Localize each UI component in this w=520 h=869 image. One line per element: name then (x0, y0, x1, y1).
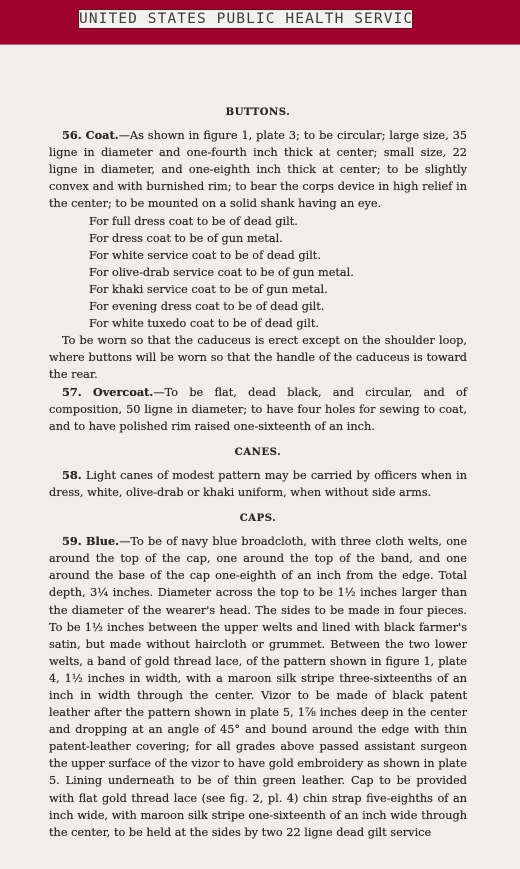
list-item: For white tuxedo coat to be of dead gilt… (89, 315, 467, 332)
paragraph-57: 57. Overcoat.—To be flat, dead black, an… (49, 384, 467, 435)
paragraph-number: 57. (62, 385, 82, 399)
paragraph-58: 58. Light canes of modest pattern may be… (49, 467, 467, 501)
paragraph-text: —To be of navy blue broadcloth, with thr… (49, 535, 467, 839)
list-item: For full dress coat to be of dead gilt. (89, 213, 467, 230)
document-page: BUTTONS. 56. Coat.—As shown in figure 1,… (49, 104, 467, 841)
paragraph-59: 59. Blue.—To be of navy blue broadcloth,… (49, 533, 467, 841)
paragraph-number: 58. (62, 468, 82, 482)
list-item: For olive-drab service coat to be of gun… (89, 264, 467, 281)
list-item: For dress coat to be of gun metal. (89, 230, 467, 247)
section-heading-buttons: BUTTONS. (49, 104, 467, 121)
list-item: For khaki service coat to be of gun meta… (89, 281, 467, 298)
spacer (49, 435, 467, 444)
page-title-banner: UNITED STATES PUBLIC HEALTH SERVICE (78, 9, 413, 29)
paragraph-lead: Blue. (86, 534, 119, 548)
paragraph-lead: Coat. (86, 128, 119, 142)
section-heading-caps: CAPS. (49, 510, 467, 527)
header-bar: UNITED STATES PUBLIC HEALTH SERVICE (0, 0, 520, 45)
button-finish-list: For full dress coat to be of dead gilt. … (49, 213, 467, 333)
paragraph-text: Light canes of modest pattern may be car… (49, 469, 467, 499)
paragraph-number: 56. (62, 128, 82, 142)
list-item: For white service coat to be of dead gil… (89, 247, 467, 264)
section-heading-canes: CANES. (49, 444, 467, 461)
paragraph-56: 56. Coat.—As shown in figure 1, plate 3;… (49, 127, 467, 212)
paragraph-number: 59. (62, 534, 82, 548)
paragraph-lead: Overcoat. (93, 385, 153, 399)
paragraph-56-continued: To be worn so that the caduceus is erect… (49, 332, 467, 383)
list-item: For evening dress coat to be of dead gil… (89, 298, 467, 315)
spacer (49, 501, 467, 510)
